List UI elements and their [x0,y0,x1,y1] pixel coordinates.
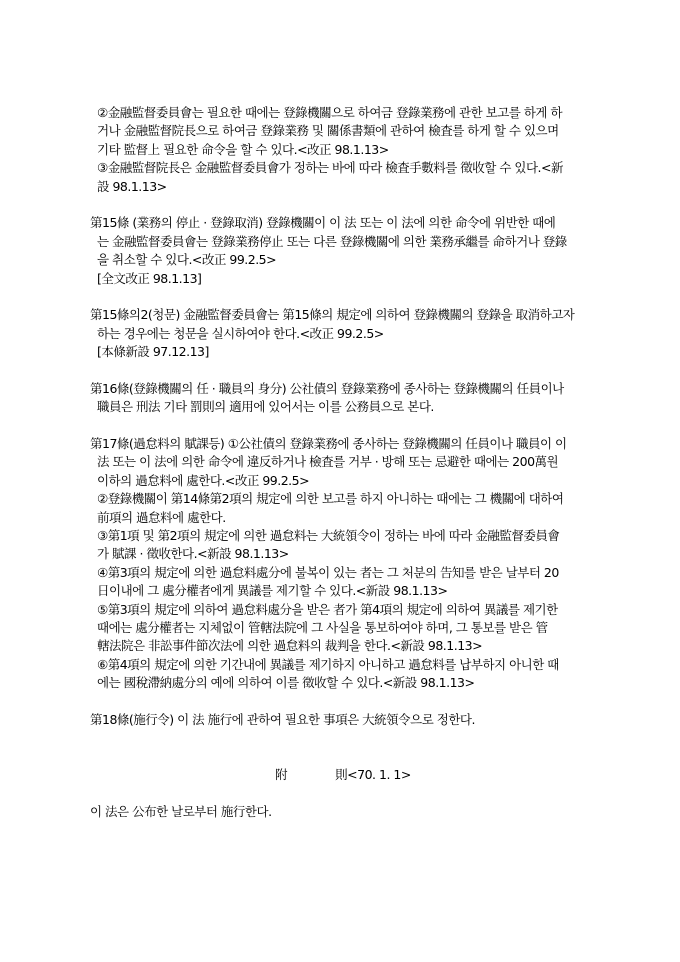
law-text-line: 第15條 (業務의 停止 · 登錄取消) 登錄機關이 이 法 또는 이 法에 의… [90,214,596,232]
law-text-line: ③金融監督院長은 金融監督委員會가 정하는 바에 따라 檢査手數料를 徵收할 수… [97,159,596,177]
article-18: 第18條(施行令) 이 法 施行에 관하여 필요한 事項은 大統領令으로 정한다… [90,711,596,729]
blank-line [90,729,596,747]
blank-line [90,417,596,435]
law-text-line: 거나 金融監督院長으로 하여금 登錄業務 및 關係書類에 관하여 檢査를 하게 … [97,122,596,140]
blank-line [90,196,596,214]
blank-line [90,361,596,379]
law-text-line: 前項의 過怠料에 處한다. [97,509,596,527]
law-text-line: 法 또는 이 法에 의한 命令에 違反하거나 檢査를 거부 · 방해 또는 忌避… [97,453,596,471]
law-text-line: 이 法은 公布한 날로부터 施行한다. [90,803,596,821]
blank-line [90,693,596,711]
law-document: ②金融監督委員會는 필요한 때에는 登錄機關으로 하여금 登錄業務에 관한 보고… [90,104,596,821]
article-15-2: 第15條의2(청문) 金融監督委員會는 第15條의 規定에 의하여 登錄機關의 … [90,306,596,361]
law-text-line: 기타 監督上 필요한 命令을 할 수 있다.<改正 98.1.13> [97,141,596,159]
law-text-line: 第16條(登錄機關의 任 · 職員의 身分) 公社債의 登錄業務에 종사하는 登… [90,380,596,398]
law-text-line: ④第3項의 規定에 의한 過怠料處分에 불복이 있는 者는 그 처분의 告知를 … [97,564,596,582]
article-17: 第17條(過怠料의 賦課등) ①公社債의 登錄業務에 종사하는 登錄機關의 任員… [90,435,596,692]
addendum-heading: 附 則<70. 1. 1> [90,766,596,784]
law-text-line: 하는 경우에는 청문을 실시하여야 한다.<改正 99.2.5> [97,325,596,343]
blank-line [90,748,596,766]
law-text-line: [本條新設 97.12.13] [97,343,596,361]
law-text-line: 日이내에 그 處分權者에게 異議를 제기할 수 있다.<新設 98.1.13> [97,582,596,600]
law-text-line: 때에는 處分權者는 지체없이 管轄法院에 그 사실을 통보하여야 하며, 그 통… [97,619,596,637]
document-page: ②金融監督委員會는 필요한 때에는 登錄機關으로 하여금 登錄業務에 관한 보고… [0,0,680,962]
law-text-line: 第15條의2(청문) 金融監督委員會는 第15條의 規定에 의하여 登錄機關의 … [90,306,596,324]
law-text-line: 가 賦課 · 徵收한다.<新設 98.1.13> [97,545,596,563]
law-text-line: 附 則<70. 1. 1> [90,766,596,784]
article-15: 第15條 (業務의 停止 · 登錄取消) 登錄機關이 이 法 또는 이 法에 의… [90,214,596,288]
law-text-line: 設 98.1.13> [97,178,596,196]
blank-line [90,784,596,802]
law-text-line: ②登錄機關이 第14條第2項의 規定에 의한 보고를 하지 아니하는 때에는 그… [97,490,596,508]
law-text-line: 을 취소할 수 있다.<改正 99.2.5> [97,251,596,269]
law-text-line: ③第1項 및 第2項의 規定에 의한 過怠料는 大統領令이 정하는 바에 따라 … [97,527,596,545]
law-text-line: [全文改正 98.1.13] [97,270,596,288]
law-text-line: ②金融監督委員會는 필요한 때에는 登錄機關으로 하여금 登錄業務에 관한 보고… [97,104,596,122]
addendum-body: 이 法은 公布한 날로부터 施行한다. [90,803,596,821]
law-text-line: 에는 國稅滯納處分의 예에 의하여 이를 徵收할 수 있다.<新設 98.1.1… [97,674,596,692]
law-text-line: ⑥第4項의 規定에 의한 기간내에 異議를 제기하지 아니하고 過怠料를 납부하… [97,656,596,674]
law-text-line: ⑤第3項의 規定에 의하여 過怠料處分을 받은 者가 第4項의 規定에 의하여 … [97,601,596,619]
law-text-line: 轄法院은 非訟事件節次法에 의한 過怠料의 裁判을 한다.<新設 98.1.13… [97,637,596,655]
law-text-line: 는 金融監督委員會는 登錄業務停止 또는 다른 登錄機關에 의한 業務承繼를 命… [97,233,596,251]
article-14-subparagraphs: ②金融監督委員會는 필요한 때에는 登錄機關으로 하여금 登錄業務에 관한 보고… [90,104,596,196]
law-text-line: 職員은 刑法 기타 罰則의 適用에 있어서는 이를 公務員으로 본다. [97,398,596,416]
article-16: 第16條(登錄機關의 任 · 職員의 身分) 公社債의 登錄業務에 종사하는 登… [90,380,596,417]
law-text-line: 第17條(過怠料의 賦課등) ①公社債의 登錄業務에 종사하는 登錄機關의 任員… [90,435,596,453]
law-text-line: 第18條(施行令) 이 法 施行에 관하여 필요한 事項은 大統領令으로 정한다… [90,711,596,729]
blank-line [90,288,596,306]
law-text-line: 이하의 過怠料에 處한다.<改正 99.2.5> [97,472,596,490]
